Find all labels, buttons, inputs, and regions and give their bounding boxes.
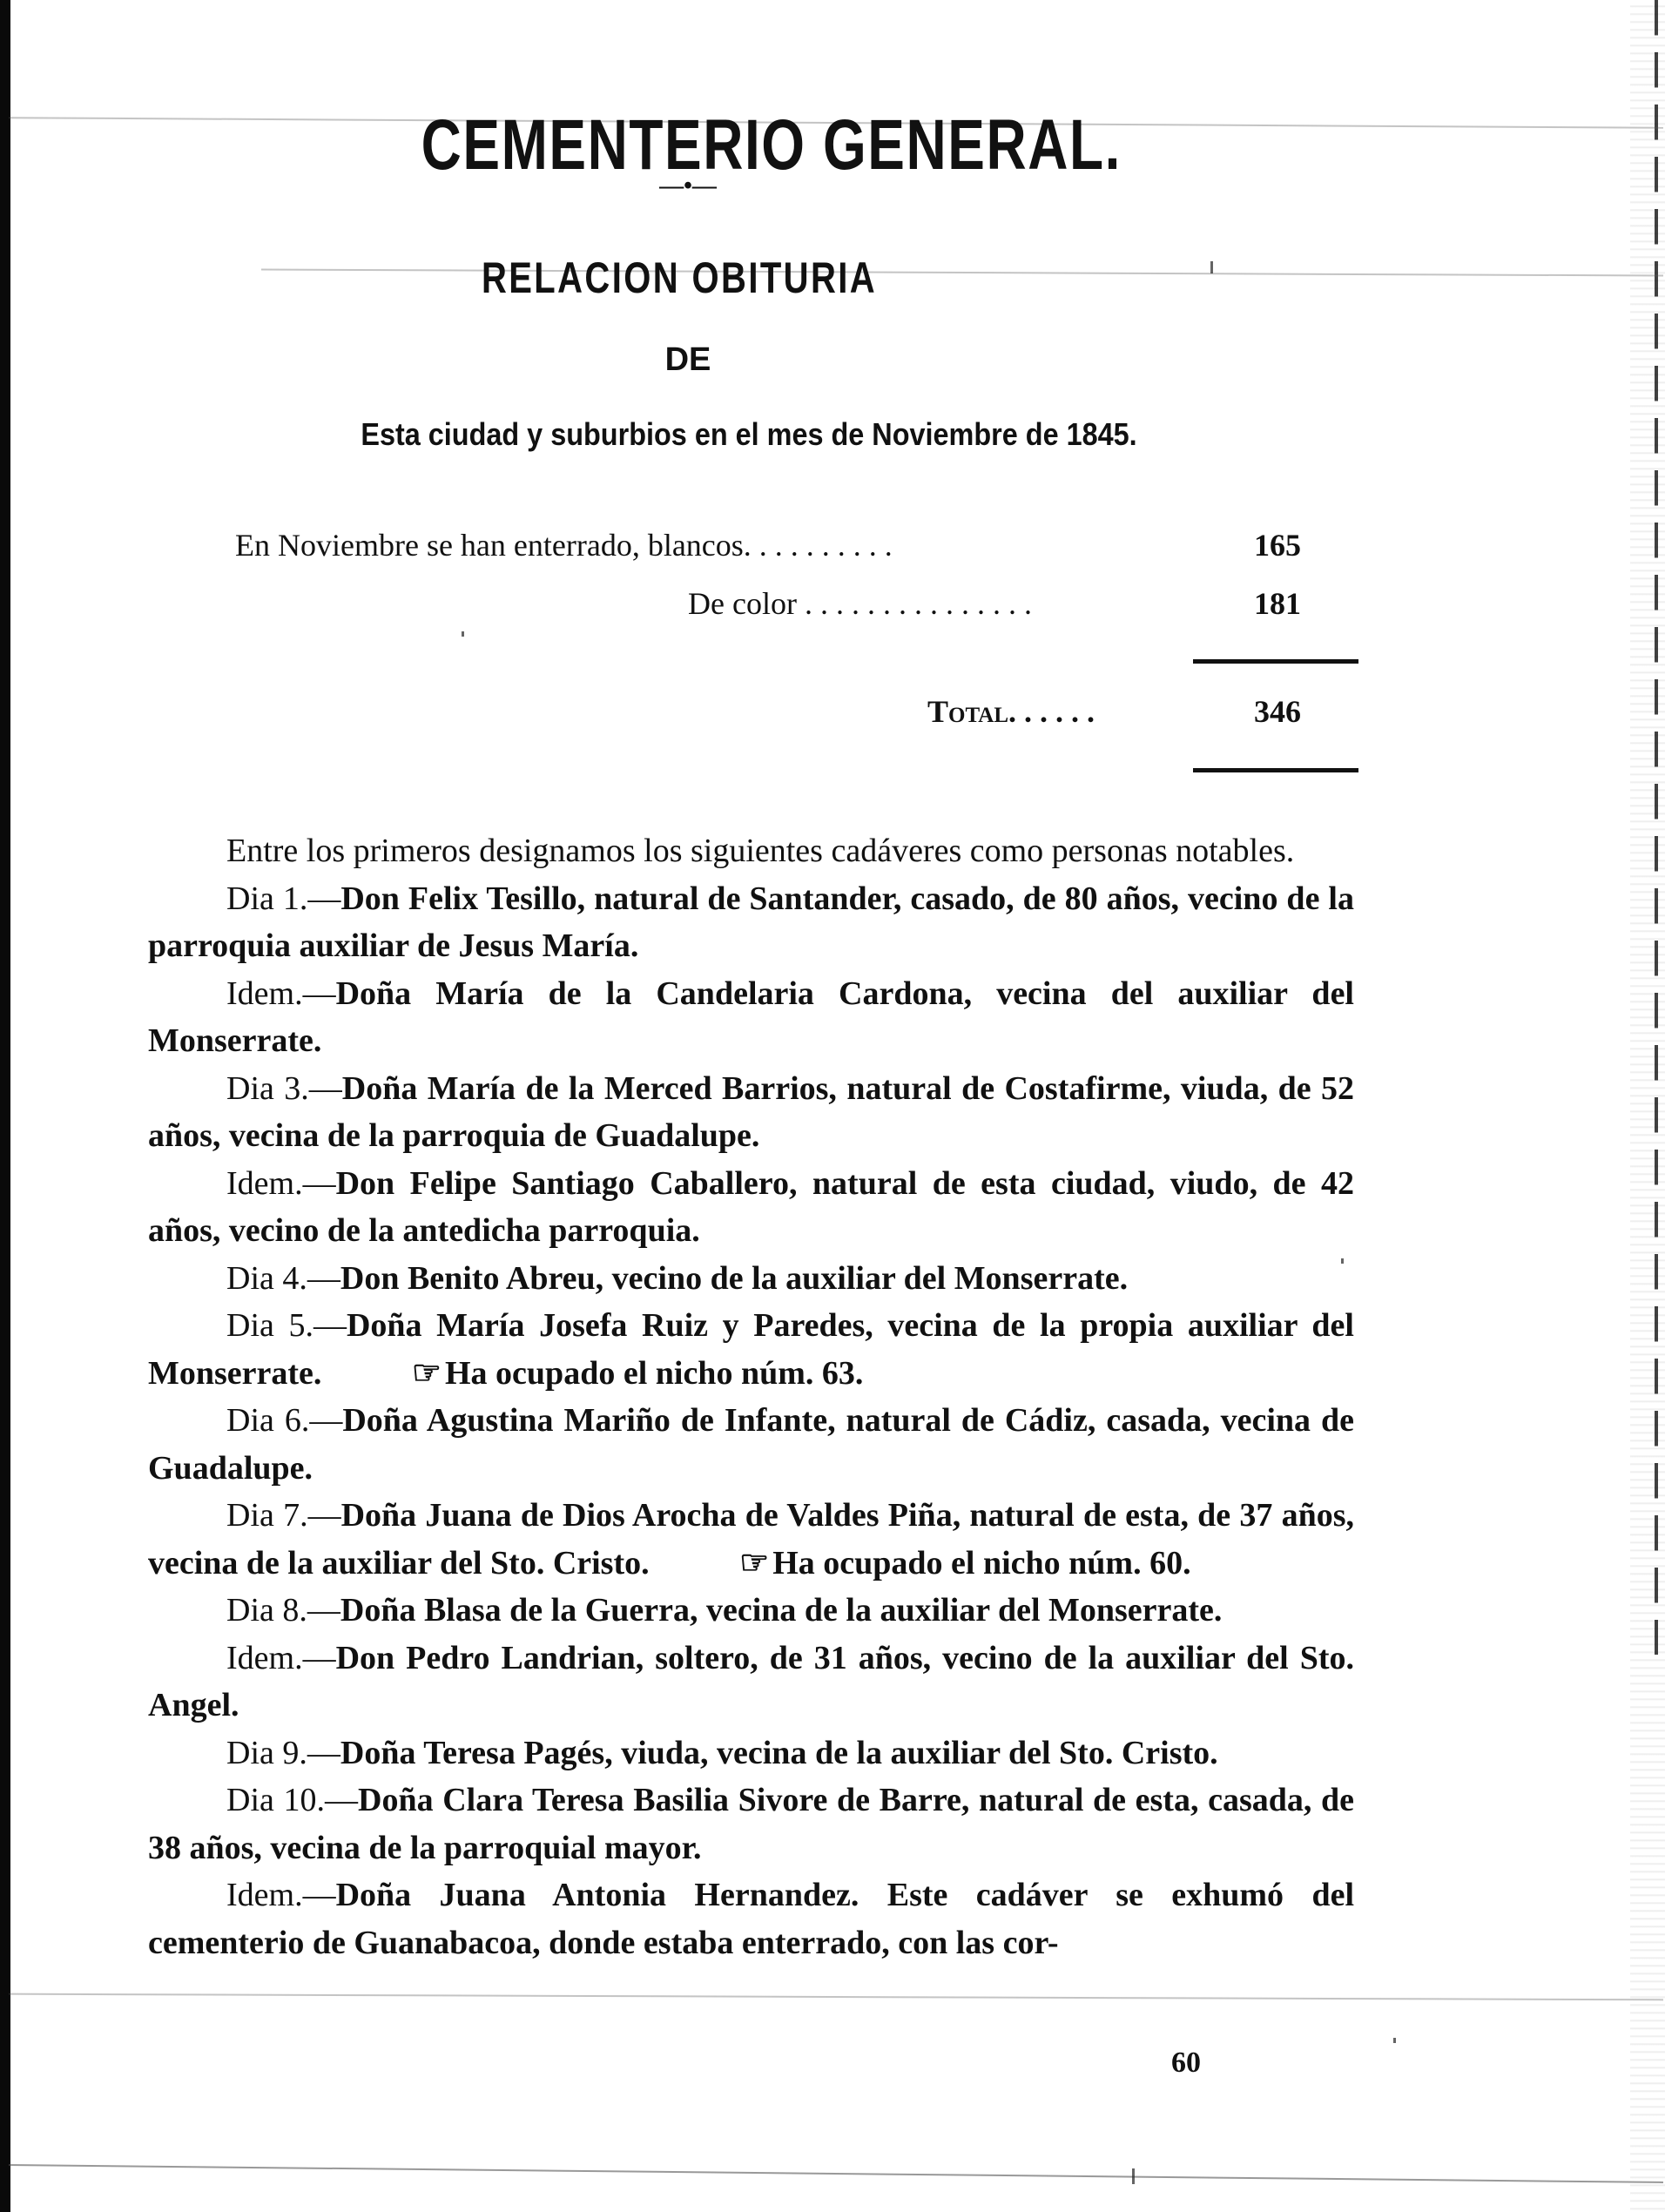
place-and-date-line: Esta ciudad y suburbios en el mes de Nov… [208,416,1290,453]
subtitle-de: DE [636,341,740,379]
scan-speck [462,631,464,637]
scan-speck [1341,1258,1344,1264]
summary-label: Total. . . . . . [927,693,1193,730]
entry-day: Dia 6.— [226,1402,342,1439]
obituary-entry: Dia 8.—Doña Blasa de la Guerra, vecina d… [148,1587,1354,1635]
entry-day: Dia 5.— [226,1307,347,1344]
summary-label: En Noviembre se han enterrado, blancos. … [235,527,1193,563]
entry-day: Idem.— [226,975,336,1012]
obituary-entry: Idem.—Doña Juana Antonia Hernandez. Este… [148,1871,1354,1966]
intro-paragraph: Entre los primeros designamos los siguie… [148,827,1354,875]
pointing-hand-icon: ☞ [334,1350,442,1398]
entry-day: Dia 1.— [226,880,340,917]
obituary-entry: Dia 4.—Don Benito Abreu, vecino de la au… [148,1255,1354,1303]
entry-note: Ha ocupado el nicho núm. 60. [772,1545,1190,1581]
scan-artifact-line [9,1993,1663,2001]
document-subtitle: RELACION OBITURIA [456,253,902,303]
sum-rule-bottom [1193,768,1358,772]
entry-day: Dia 3.— [226,1070,342,1107]
summary-value: 165 [1254,527,1358,563]
obituary-entry: Idem.—Don Pedro Landrian, soltero, de 31… [148,1635,1354,1730]
obituary-entry: Dia 9.—Doña Teresa Pagés, viuda, vecina … [148,1730,1354,1777]
entry-day: Dia 4.— [226,1260,340,1297]
obituary-entry: Dia 5.—Doña María Josefa Ruiz y Paredes,… [148,1302,1354,1397]
summary-label: De color . . . . . . . . . . . . . . . [688,585,1193,622]
entry-day: Idem.— [226,1640,336,1676]
pointing-hand-icon: ☞ [661,1540,769,1588]
scan-right-edge-noise [1630,0,1665,2212]
page-number: 60 [1171,2047,1201,2080]
entry-note: Ha ocupado el nicho núm. 63. [445,1355,863,1392]
scan-speck [1393,2038,1396,2043]
entry-day: Dia 10.— [226,1782,358,1818]
entry-day: Dia 7.— [226,1497,341,1534]
scan-speck [1210,261,1213,273]
entry-day: Idem.— [226,1877,336,1913]
obituary-list: Entre los primeros designamos los siguie… [148,827,1354,1966]
entry-day: Dia 9.— [226,1735,340,1771]
entry-text: Doña Teresa Pagés, viuda, vecina de la a… [340,1735,1218,1771]
scan-left-border [0,0,10,2212]
obituary-entry: Dia 6.—Doña Agustina Mariño de Infante, … [148,1397,1354,1492]
obituary-entry: Dia 10.—Doña Clara Teresa Basilia Sivore… [148,1777,1354,1871]
entry-text: Doña Blasa de la Guerra, vecina de la au… [340,1592,1223,1629]
obituary-entry: Dia 1.—Don Felix Tesillo, natural de San… [148,875,1354,970]
ornament-divider-icon: —•— [636,172,740,200]
scan-right-edge-line [1655,0,1658,1655]
summary-value: 181 [1254,585,1358,622]
obituary-entry: Idem.—Doña María de la Candelaria Cardon… [148,970,1354,1065]
summary-value: 346 [1254,693,1358,730]
obituary-entry: Dia 7.—Doña Juana de Dios Arocha de Vald… [148,1492,1354,1587]
scan-artifact-line [9,2164,1663,2183]
obituary-entry: Dia 3.—Doña María de la Merced Barrios, … [148,1065,1354,1160]
obituary-entry: Idem.—Don Felipe Santiago Caballero, nat… [148,1160,1354,1255]
scan-speck [1132,2168,1135,2184]
entry-day: Idem.— [226,1165,336,1202]
entry-text: Don Benito Abreu, vecino de la auxiliar … [340,1260,1128,1297]
sum-rule-top [1193,659,1358,664]
entry-day: Dia 8.— [226,1592,340,1629]
